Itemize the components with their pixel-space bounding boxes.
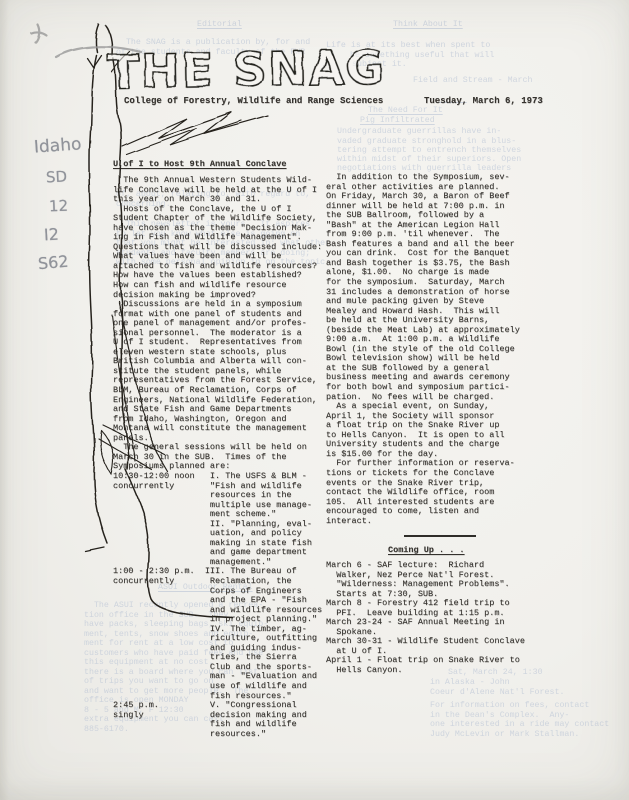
- ghost-line: in Alaska - John: [430, 678, 510, 687]
- ghost-line: Think About It: [393, 20, 463, 29]
- masthead-date: Tuesday, March 6, 1973: [424, 97, 543, 107]
- call-number-line: Idaho: [33, 134, 82, 157]
- call-number-line: S62: [37, 252, 69, 274]
- ghost-line: Pig Infiltrated: [360, 116, 435, 125]
- ghost-line: one interested in a ride may contact: [430, 720, 609, 729]
- section-divider: [404, 535, 476, 537]
- ghost-line: within midst of their superiors. Open: [337, 155, 521, 164]
- ghost-line: subject it.: [352, 60, 407, 69]
- coming-up-list: March 6 - SAF lecture: Richard Walker, N…: [326, 561, 525, 676]
- ghost-line: vaded graduate stronghold in a blus-: [337, 137, 516, 146]
- ghost-line: in the Dean's Complex. Any-: [430, 711, 569, 720]
- ghost-line: The SNAG is a publication by, for and: [116, 38, 310, 47]
- call-number-line: SD: [46, 167, 68, 186]
- ghost-line: Field and Stream - March: [413, 76, 533, 85]
- ghost-line: Undergraduate guerrillas have in-: [337, 127, 501, 136]
- article-left-column: The 9th Annual Western Students Wild- li…: [113, 176, 322, 739]
- ghost-line: Judy McLevin or Mark Stallman.: [430, 730, 579, 739]
- ghost-line: be something useful that will: [350, 51, 494, 60]
- ghost-line: For information on fees, contact: [430, 701, 589, 710]
- ghost-line: tering attempt to entrench themselves: [337, 146, 521, 155]
- ghost-line: The Need For It: [368, 106, 443, 115]
- ghost-line: Editorial: [197, 20, 242, 29]
- article-right-column: In addition to the Symposium, sev- eral …: [326, 173, 520, 526]
- masthead-subtitle: College of Forestry, Wildlife and Range …: [124, 97, 383, 107]
- call-number-line: 12: [49, 197, 69, 216]
- ghost-line: of the students and faculty of the FWR: [116, 48, 305, 57]
- coming-up-heading: Coming Up . . .: [388, 546, 465, 556]
- paper-crease: [0, 0, 10, 800]
- ghost-line: Life is at its best when spent to: [326, 41, 490, 50]
- call-number-line: I2: [44, 225, 60, 245]
- scanned-newsletter-page: Editorial The SNAG is a publication by, …: [0, 0, 629, 800]
- ghost-line: Coeur d'Alene Nat'l Forest.: [430, 688, 564, 697]
- article-heading: U of I to Host 9th Annual Conclave: [113, 160, 286, 170]
